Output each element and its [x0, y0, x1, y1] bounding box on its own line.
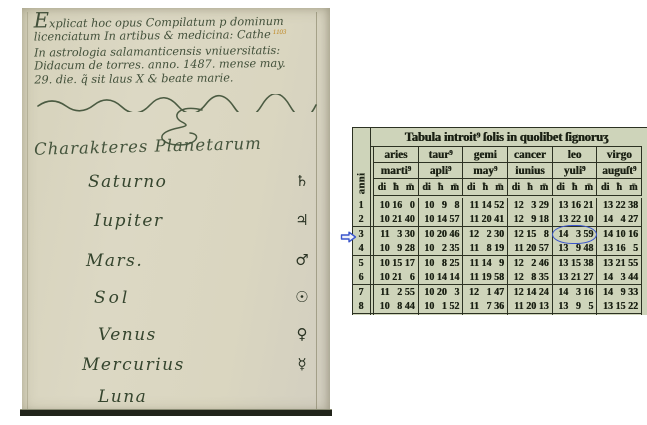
- value: 24: [536, 287, 549, 298]
- value: 10: [422, 214, 435, 225]
- value: 8: [524, 272, 537, 283]
- value-cell: 101414: [419, 271, 464, 285]
- value: 13: [600, 301, 613, 312]
- value: 21: [568, 272, 581, 283]
- value: 28: [402, 243, 415, 254]
- value: 2: [434, 243, 447, 254]
- value: 3: [390, 229, 403, 240]
- table-row: 81084410152117361120131395131522: [353, 300, 642, 315]
- unit-header-cell: diħm̄: [463, 179, 508, 195]
- value-cell: 12329: [508, 198, 553, 213]
- sign-header-cell: cancer: [508, 147, 553, 162]
- value: 13: [536, 301, 549, 312]
- value: 33: [625, 287, 638, 298]
- value: 14: [434, 214, 447, 225]
- value: 20: [479, 214, 492, 225]
- value: 5: [625, 243, 638, 254]
- value: 46: [447, 229, 460, 240]
- value: 16: [568, 200, 581, 211]
- value: 10: [422, 258, 435, 269]
- value: 0: [402, 200, 415, 211]
- value: 6: [402, 272, 415, 283]
- value: 11: [466, 301, 479, 312]
- sign-header-cell: gemi: [463, 147, 508, 162]
- value: 11: [377, 287, 390, 298]
- value: 30: [491, 229, 504, 240]
- table-row: 71125510203121471214241431614933: [353, 285, 642, 300]
- value: 12: [466, 229, 479, 240]
- unit-label: ħ: [527, 182, 533, 193]
- unit-header-cell: diħm̄: [374, 179, 419, 195]
- value: 41: [491, 214, 504, 225]
- unit-label: m̄: [629, 182, 637, 193]
- value: 57: [536, 243, 549, 254]
- value: 11: [466, 243, 479, 254]
- planet-row: Mercurius☿: [22, 355, 330, 381]
- value: 14: [600, 287, 613, 298]
- colophon-line: 29. die. q̃ sit laus X & beate marie.: [34, 70, 324, 86]
- value-cell: 14359: [553, 227, 598, 242]
- planet-symbol-icon: ♂: [288, 251, 316, 269]
- marginal-note: 1103: [273, 29, 286, 36]
- value-cell: 14427: [597, 213, 642, 227]
- value-cell: 102046: [419, 227, 464, 242]
- value-cell: 13165: [597, 242, 642, 256]
- months-row: marti⁹apli⁹may⁹iuniusyuli⁹auguſt⁹: [374, 163, 642, 179]
- value-cell: 11819: [463, 242, 508, 256]
- value: 3: [568, 287, 581, 298]
- value: 15: [568, 258, 581, 269]
- planet-row: Iupiter♃: [22, 211, 330, 237]
- table-body: 1101601098111452123291316211322382102140…: [353, 196, 642, 315]
- value: 10: [377, 200, 390, 211]
- value-cell: 10203: [419, 285, 464, 300]
- value-cell: 12: [508, 314, 553, 315]
- value: 21: [390, 272, 403, 283]
- value-cell: 132238: [597, 198, 642, 213]
- value: 11: [466, 200, 479, 211]
- unit-label: ħ: [572, 182, 578, 193]
- value: 8: [479, 243, 492, 254]
- pointer-arrow-icon: [340, 231, 357, 243]
- value: 14: [556, 229, 569, 240]
- planet-name: Saturno: [88, 172, 167, 192]
- value: 9: [390, 243, 403, 254]
- value: 14: [524, 287, 537, 298]
- value: 21: [390, 214, 403, 225]
- section-heading: Charakteres Planetarum: [34, 132, 324, 159]
- month-header-cell: marti⁹: [374, 163, 419, 178]
- value: 16: [581, 287, 594, 298]
- value-cell: [374, 314, 419, 315]
- value: 38: [581, 258, 594, 269]
- value: 10: [377, 258, 390, 269]
- value-cell: 10928: [374, 242, 419, 256]
- unit-label: di: [556, 182, 564, 193]
- unit-label: m̄: [450, 182, 458, 193]
- colophon: Explicat hoc opus Compilatum p dominumli…: [34, 12, 325, 86]
- value: 9: [491, 258, 504, 269]
- table-title: Tabula introit⁹ ſolis in quolibet ſignor…: [370, 128, 642, 147]
- value: 10: [422, 272, 435, 283]
- value: 10: [422, 301, 435, 312]
- unit-header-cell: diħm̄: [508, 179, 553, 195]
- value: 14: [556, 287, 569, 298]
- value: 13: [556, 200, 569, 211]
- value-cell: 1098: [419, 198, 464, 213]
- planet-symbol-icon: ☿: [288, 355, 316, 373]
- unit-label: di: [601, 182, 609, 193]
- value: 12: [511, 214, 524, 225]
- value-cell: 111958: [463, 271, 508, 285]
- month-header-cell: yuli⁹: [553, 163, 598, 178]
- value: 27: [625, 214, 638, 225]
- value-cell: 11149: [463, 256, 508, 271]
- value: 55: [402, 287, 415, 298]
- value: 9: [568, 243, 581, 254]
- unit-header-cell: diħm̄: [597, 179, 642, 195]
- value: 44: [402, 301, 415, 312]
- value-cell: 12230: [463, 227, 508, 242]
- value: 22: [568, 214, 581, 225]
- value: 12: [511, 229, 524, 240]
- value: 13: [600, 258, 613, 269]
- value: 13: [556, 214, 569, 225]
- unit-header-cell: diħm̄: [553, 179, 598, 195]
- value: 36: [491, 301, 504, 312]
- value: 3: [447, 287, 460, 298]
- value: 21: [581, 200, 594, 211]
- value: 25: [447, 258, 460, 269]
- value: 21: [613, 258, 626, 269]
- value-cell: 132112: [597, 314, 642, 315]
- planet-row: Venus♀: [22, 325, 330, 351]
- value: 2: [479, 229, 492, 240]
- value: 15: [613, 301, 626, 312]
- value: 10: [422, 287, 435, 298]
- sign-header-cell: leo: [553, 147, 598, 162]
- value-cell: 112057: [508, 242, 553, 256]
- table-row: 311330102046122301215814359141016: [353, 227, 642, 242]
- value-cell: 10216: [374, 271, 419, 285]
- value: 8: [536, 229, 549, 240]
- value-cell: 12835: [508, 271, 553, 285]
- value: 10: [377, 243, 390, 254]
- value: 16: [613, 243, 626, 254]
- unit-label: m̄: [540, 182, 548, 193]
- planet-row: Mars.♂: [22, 251, 330, 277]
- value-cell: 131522: [597, 300, 642, 314]
- manuscript-page: Explicat hoc opus Compilatum p dominumli…: [22, 8, 330, 412]
- page-bottom-edge: [20, 410, 332, 416]
- value: 14: [600, 272, 613, 283]
- month-header-cell: iunius: [508, 163, 553, 178]
- table-row: 41092810235118191120571394813165: [353, 242, 642, 257]
- value: 5: [581, 301, 594, 312]
- value: 1: [479, 287, 492, 298]
- value: 12: [466, 287, 479, 298]
- value: 38: [625, 200, 638, 211]
- value: 2: [390, 287, 403, 298]
- value: 13: [556, 243, 569, 254]
- value: 40: [402, 214, 415, 225]
- value-cell: 14933: [597, 285, 642, 300]
- value: 14: [600, 214, 613, 225]
- value: 9: [613, 287, 626, 298]
- value: 59: [581, 229, 594, 240]
- value: 57: [447, 214, 460, 225]
- value: 14: [447, 272, 460, 283]
- value-cell: 121424: [508, 285, 553, 300]
- value-cell: 132155: [597, 256, 642, 271]
- unit-label: ħ: [482, 182, 488, 193]
- table-row: 21021401014571120411291813221014427: [353, 213, 642, 228]
- value-cell: 1395: [553, 300, 598, 314]
- table-row: 6102161014141119581283513212714344: [353, 271, 642, 286]
- value-cell: 131621: [553, 198, 598, 213]
- value: 14: [600, 229, 613, 240]
- value: 12: [511, 272, 524, 283]
- value-cell: 141016: [597, 227, 642, 242]
- value: 11: [377, 229, 390, 240]
- value-cell: 12918: [508, 213, 553, 227]
- value: 44: [625, 272, 638, 283]
- value: 9: [434, 200, 447, 211]
- value: 52: [447, 301, 460, 312]
- value: 16: [625, 229, 638, 240]
- value-cell: 111452: [463, 198, 508, 213]
- value: 9: [568, 301, 581, 312]
- value: 20: [524, 243, 537, 254]
- table-row: 5101517108251114912246131538132155: [353, 256, 642, 271]
- value: 1: [434, 301, 447, 312]
- value-cell: 102140: [374, 213, 419, 227]
- value: 7: [479, 301, 492, 312]
- value-cell: 112041: [463, 213, 508, 227]
- value-cell: 11255: [374, 285, 419, 300]
- value-cell: 10160: [374, 198, 419, 213]
- value: 4: [613, 214, 626, 225]
- value: 10: [377, 272, 390, 283]
- sign-header-cell: taur⁹: [419, 147, 464, 162]
- value-cell: 12158: [508, 227, 553, 242]
- value-cell: [419, 314, 464, 315]
- planet-row: Saturno♄: [22, 172, 330, 198]
- value: 10: [422, 229, 435, 240]
- value: 9: [524, 214, 537, 225]
- value: 12: [511, 287, 524, 298]
- value: 3: [613, 272, 626, 283]
- value: 11: [511, 243, 524, 254]
- value: 20: [434, 287, 447, 298]
- value: 8: [390, 301, 403, 312]
- value: 14: [479, 258, 492, 269]
- value-cell: 12246: [508, 256, 553, 271]
- value: 11: [466, 214, 479, 225]
- value: 10: [377, 214, 390, 225]
- value-cell: 14316: [553, 285, 598, 300]
- planet-symbol-icon: ♄: [288, 172, 316, 190]
- anni-label: anni: [353, 158, 370, 208]
- signs-row: ariestaur⁹gemicancerleovirgo: [374, 147, 642, 163]
- value: 13: [600, 200, 613, 211]
- unit-label: ħ: [393, 182, 399, 193]
- unit-label: di: [512, 182, 520, 193]
- value: 13: [556, 301, 569, 312]
- value: 8: [447, 200, 460, 211]
- planet-row: Sol☉: [22, 288, 330, 314]
- planet-symbol-icon: ☉: [288, 288, 316, 306]
- value-cell: 13948: [553, 242, 598, 256]
- unit-label: m̄: [495, 182, 503, 193]
- value: 2: [524, 258, 537, 269]
- planet-name: Sol: [94, 288, 130, 308]
- value-cell: 12147: [463, 285, 508, 300]
- value: 13: [556, 272, 569, 283]
- value: 55: [625, 258, 638, 269]
- value: 10: [581, 214, 594, 225]
- month-header-cell: auguſt⁹: [597, 163, 642, 178]
- planet-name: Luna: [98, 387, 147, 407]
- value-cell: 14344: [597, 271, 642, 285]
- unit-label: di: [378, 182, 386, 193]
- value: 11: [466, 258, 479, 269]
- value: 10: [422, 200, 435, 211]
- value: 13: [600, 243, 613, 254]
- value-cell: 101517: [374, 256, 419, 271]
- value: 16: [390, 200, 403, 211]
- unit-label: ħ: [616, 182, 622, 193]
- value: 11: [466, 272, 479, 283]
- value: 19: [491, 243, 504, 254]
- value-cell: 10235: [419, 242, 464, 256]
- value: 20: [524, 301, 537, 312]
- value-cell: [463, 314, 508, 315]
- planet-name: Iupiter: [94, 211, 164, 231]
- value: 27: [581, 272, 594, 283]
- value: 10: [422, 243, 435, 254]
- value: 3: [524, 200, 537, 211]
- value: 30: [402, 229, 415, 240]
- value: 18: [536, 214, 549, 225]
- units-row: diħm̄diħm̄diħm̄diħm̄diħm̄diħm̄: [374, 179, 642, 196]
- value: 19: [479, 272, 492, 283]
- value: 47: [491, 287, 504, 298]
- value: 15: [524, 229, 537, 240]
- value: 12: [511, 258, 524, 269]
- table-row: 12131455132112: [353, 314, 642, 315]
- value-cell: 112013: [508, 300, 553, 314]
- value-cell: 10825: [419, 256, 464, 271]
- value: 10: [613, 229, 626, 240]
- value: 11: [511, 301, 524, 312]
- value: 22: [613, 200, 626, 211]
- value: 29: [536, 200, 549, 211]
- value: 14: [434, 272, 447, 283]
- value: 13: [556, 258, 569, 269]
- sign-header-cell: aries: [374, 147, 419, 162]
- value: 22: [625, 301, 638, 312]
- value-cell: 11330: [374, 227, 419, 242]
- planet-symbol-icon: ♃: [288, 211, 316, 229]
- unit-label: m̄: [584, 182, 592, 193]
- value-cell: 132210: [553, 213, 598, 227]
- value: 20: [434, 229, 447, 240]
- value-cell: 101457: [419, 213, 464, 227]
- planet-name: Venus: [98, 325, 157, 345]
- value-cell: 132127: [553, 271, 598, 285]
- planet-name: Mars.: [86, 251, 143, 271]
- sign-header-cell: virgo: [597, 147, 642, 162]
- unit-label: di: [467, 182, 475, 193]
- value: 35: [447, 243, 460, 254]
- table-page: Tabula introit⁹ ſolis in quolibet ſignor…: [352, 127, 647, 315]
- value: 14: [479, 200, 492, 211]
- value: 15: [390, 258, 403, 269]
- month-header-cell: apli⁹: [419, 163, 464, 178]
- value: 17: [402, 258, 415, 269]
- value-cell: 131538: [553, 256, 598, 271]
- unit-header-cell: diħm̄: [419, 179, 464, 195]
- planet-name: Mercurius: [82, 355, 185, 375]
- unit-label: di: [422, 182, 430, 193]
- value: 35: [536, 272, 549, 283]
- table-row: 110160109811145212329131621132238: [353, 198, 642, 213]
- value: 10: [377, 301, 390, 312]
- value: 8: [434, 258, 447, 269]
- month-header-cell: may⁹: [463, 163, 508, 178]
- value: 48: [581, 243, 594, 254]
- value: 58: [491, 272, 504, 283]
- value: 46: [536, 258, 549, 269]
- value-cell: 11736: [463, 300, 508, 314]
- value-cell: 131455: [553, 314, 598, 315]
- value: 52: [491, 200, 504, 211]
- value: 3: [568, 229, 581, 240]
- unit-label: m̄: [406, 182, 414, 193]
- value-cell: 10844: [374, 300, 419, 314]
- unit-label: ħ: [438, 182, 444, 193]
- value-cell: 10152: [419, 300, 464, 314]
- value: 12: [511, 200, 524, 211]
- planet-symbol-icon: ♀: [288, 325, 316, 343]
